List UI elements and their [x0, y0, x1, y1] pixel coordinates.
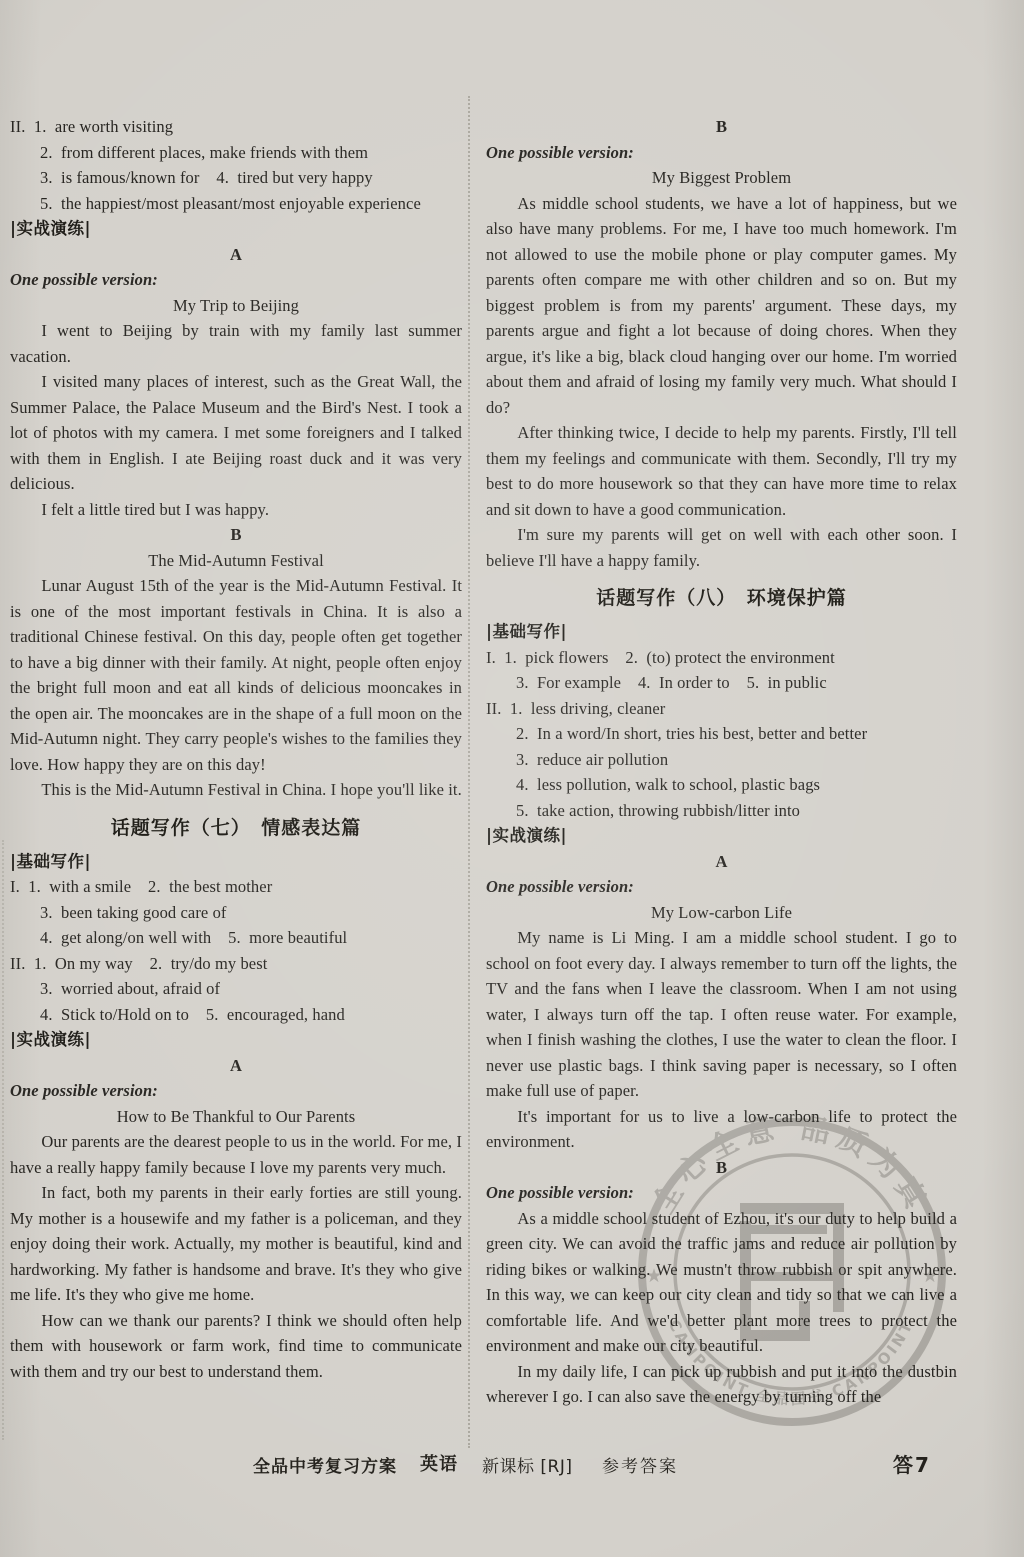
answer-row: 2. from different places, make friends w… — [10, 140, 462, 166]
basic-writing-label: |基础写作| — [486, 619, 957, 645]
column-divider — [468, 96, 470, 1448]
one-possible-version-label: One possible version: — [486, 140, 957, 166]
essay-marker: B — [486, 1155, 957, 1181]
topic-writing-7-heading: 话题写作（七） 情感表达篇 — [10, 815, 462, 841]
paragraph: I'm sure my parents will get on well wit… — [486, 522, 957, 573]
paragraph: It's important for us to live a low-carb… — [486, 1104, 957, 1155]
paragraph: After thinking twice, I decide to help m… — [486, 420, 957, 522]
answer-row: 3. For example 4. In order to 5. in publ… — [486, 670, 957, 696]
essay-title: How to Be Thankful to Our Parents — [10, 1104, 462, 1130]
essay-marker: A — [10, 242, 462, 268]
answer-row: II. 1. less driving, cleaner — [486, 696, 957, 722]
paragraph: I visited many places of interest, such … — [10, 369, 462, 497]
answer-row: 4. get along/on well with 5. more beauti… — [10, 925, 462, 951]
practice-drill-label: |实战演练| — [10, 1027, 462, 1053]
answer-row: 4. Stick to/Hold on to 5. encouraged, ha… — [10, 1002, 462, 1028]
one-possible-version-label: One possible version: — [486, 1180, 957, 1206]
basic-writing-label: |基础写作| — [10, 849, 462, 875]
answer-row: 5. the happiest/most pleasant/most enjoy… — [10, 191, 462, 217]
essay-title: My Biggest Problem — [486, 165, 957, 191]
paragraph: I went to Beijing by train with my famil… — [10, 318, 462, 369]
left-column: II. 1. are worth visiting 2. from differ… — [10, 114, 462, 1384]
answer-row: 3. worried about, afraid of — [10, 976, 462, 1002]
essay-marker: A — [10, 1053, 462, 1079]
paragraph: My name is Li Ming. I am a middle school… — [486, 925, 957, 1104]
paragraph: How can we thank our parents? I think we… — [10, 1308, 462, 1385]
one-possible-version-label: One possible version: — [486, 874, 957, 900]
paragraph: Our parents are the dearest people to us… — [10, 1129, 462, 1180]
page-edge-dotted-line — [2, 840, 4, 1440]
paragraph: In fact, both my parents in their early … — [10, 1180, 462, 1308]
answer-row: I. 1. pick flowers 2. (to) protect the e… — [486, 645, 957, 671]
practice-drill-label: |实战演练| — [10, 216, 462, 242]
essay-title: The Mid-Autumn Festival — [10, 548, 462, 574]
answer-row: 3. is famous/known for 4. tired but very… — [10, 165, 462, 191]
essay-title: My Low-carbon Life — [486, 900, 957, 926]
page-footer: 全品中考复习方案 英语 新课标 [RJ] 参考答案 答7 — [0, 1448, 1024, 1482]
footer-series-title: 全品中考复习方案 — [253, 1452, 397, 1477]
footer-section-label: 参考答案 — [602, 1452, 678, 1477]
page-number: 答7 — [893, 1449, 931, 1478]
paragraph: I felt a little tired but I was happy. — [10, 497, 462, 523]
one-possible-version-label: One possible version: — [10, 1078, 462, 1104]
answer-row: I. 1. with a smile 2. the best mother — [10, 874, 462, 900]
one-possible-version-label: One possible version: — [10, 267, 462, 293]
topic-writing-8-heading: 话题写作（八） 环境保护篇 — [486, 585, 957, 611]
footer-edition: 新课标 [RJ] — [482, 1452, 573, 1477]
paragraph: As middle school students, we have a lot… — [486, 191, 957, 421]
essay-marker: B — [10, 522, 462, 548]
answer-row: II. 1. On my way 2. try/do my best — [10, 951, 462, 977]
right-column: B One possible version: My Biggest Probl… — [486, 114, 957, 1410]
essay-title: My Trip to Beijing — [10, 293, 462, 319]
paragraph: This is the Mid-Autumn Festival in China… — [10, 777, 462, 803]
practice-drill-label: |实战演练| — [486, 823, 957, 849]
paragraph: Lunar August 15th of the year is the Mid… — [10, 573, 462, 777]
answer-row: 2. In a word/In short, tries his best, b… — [486, 721, 957, 747]
paragraph: As a middle school student of Ezhou, it'… — [486, 1206, 957, 1359]
answer-row: 3. reduce air pollution — [486, 747, 957, 773]
essay-marker: B — [486, 114, 957, 140]
answer-row: II. 1. are worth visiting — [10, 114, 462, 140]
answer-row: 3. been taking good care of — [10, 900, 462, 926]
answer-row: 4. less pollution, walk to school, plast… — [486, 772, 957, 798]
essay-marker: A — [486, 849, 957, 875]
answer-row: 5. take action, throwing rubbish/litter … — [486, 798, 957, 824]
footer-subject: 英语 — [420, 1450, 458, 1476]
paragraph: In my daily life, I can pick up rubbish … — [486, 1359, 957, 1410]
